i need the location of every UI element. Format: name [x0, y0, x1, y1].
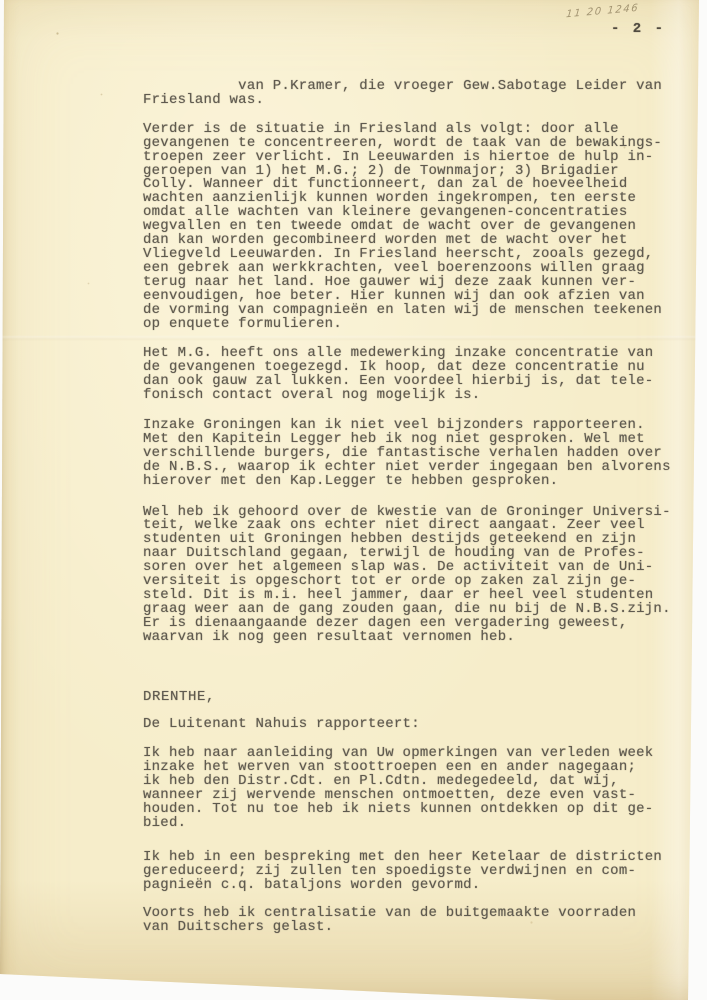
paragraph-centralisation: Voorts heb ik centralisatie van de buitg… [143, 907, 683, 935]
paragraph-stoottroepen: Ik heb naar aanleiding van Uw opmerkinge… [143, 747, 683, 830]
document-body: van P.Kramer, die vroeger Gew.Sabotage L… [143, 80, 683, 934]
paragraph-groningen-university: Wel heb ik gehoord over de kwestie van d… [143, 506, 683, 645]
page-number: - 2 - [611, 21, 666, 37]
scanned-document: 11 20 1246 - 2 - van P.Kramer, die vroeg… [0, 0, 707, 1000]
paper-speck [0, 0, 1, 1]
paragraph-districts-reduced: Ik heb in een bespreking met den heer Ke… [143, 851, 683, 893]
paragraph-groningen-report: Inzake Groningen kan ik niet veel bijzon… [143, 419, 683, 489]
document-page: 11 20 1246 - 2 - van P.Kramer, die vroeg… [0, 0, 707, 1000]
paragraph-intro: van P.Kramer, die vroeger Gew.Sabotage L… [143, 80, 683, 108]
scanner-edge-smudge [104, 994, 440, 998]
paragraph-lieutenant-reports: De Luitenant Nahuis rapporteert: [143, 718, 683, 732]
handwritten-annotation: 11 20 1246 [566, 3, 640, 21]
section-heading-drenthe: DRENTHE, [143, 691, 683, 705]
paragraph-mg-cooperation: Het M.G. heeft ons alle medewerking inza… [143, 347, 683, 403]
paragraph-friesland-situation: Verder is de situatie in Friesland als v… [143, 123, 683, 332]
